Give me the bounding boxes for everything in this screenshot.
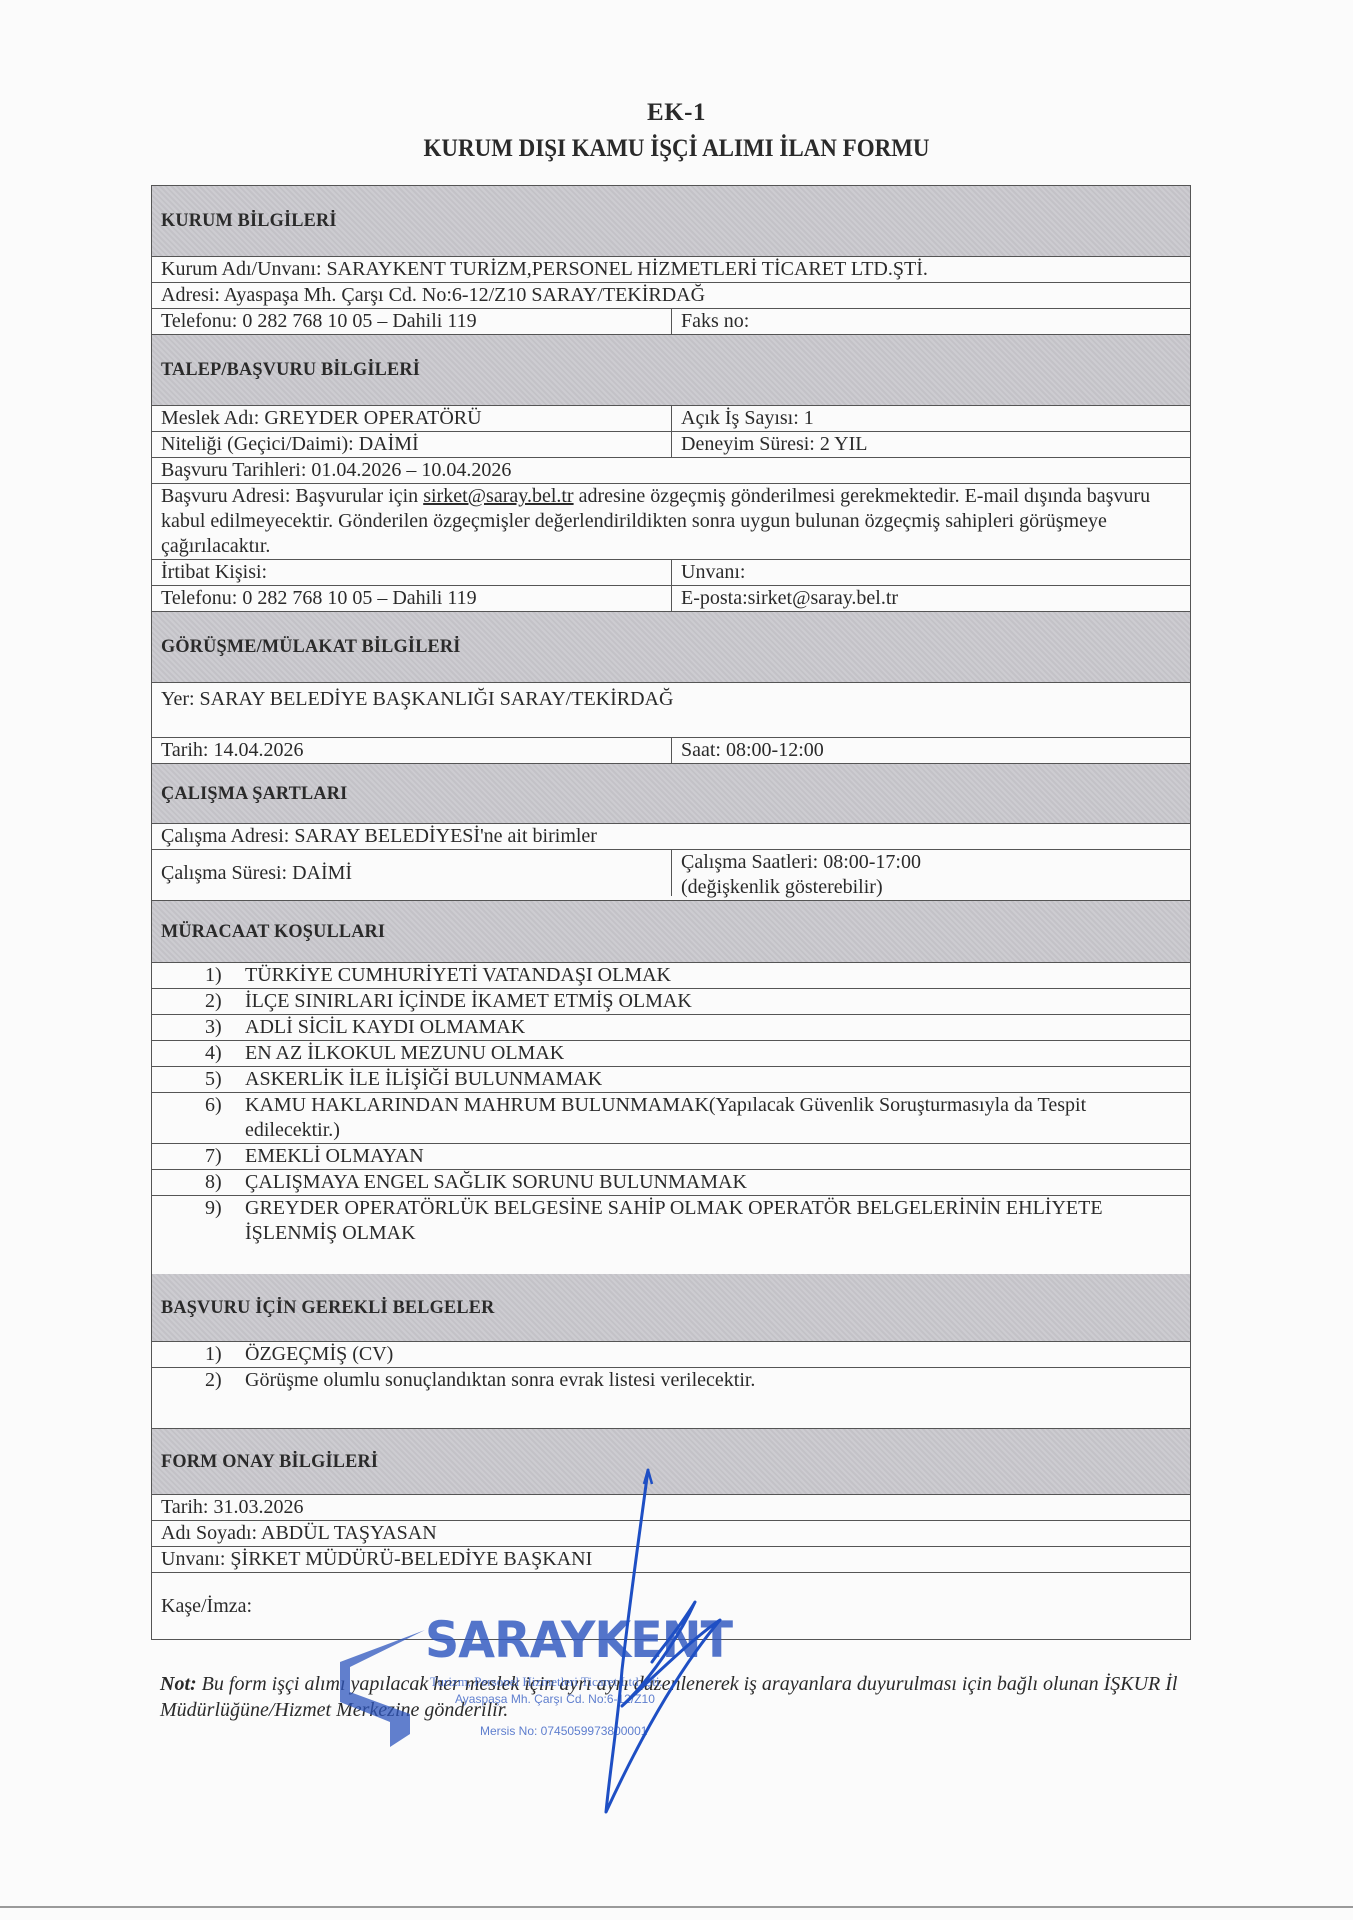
list-item-number: 2) xyxy=(205,989,245,1014)
row-approval-title: Unvanı: ŞİRKET MÜDÜRÜ-BELEDİYE BAŞKANI xyxy=(152,1547,1190,1573)
row-application-dates: Başvuru Tarihleri: 01.04.2026 – 10.04.20… xyxy=(152,458,1190,484)
work-hours-line1: Çalışma Saatleri: 08:00-17:00 xyxy=(681,850,1180,875)
section-title: TALEP/BAŞVURU BİLGİLERİ xyxy=(161,359,420,381)
list-item: 5)ASKERLİK İLE İLİŞİĞİ BULUNMAMAK xyxy=(152,1067,1190,1093)
section-title: ÇALIŞMA ŞARTLARI xyxy=(161,783,347,805)
row-contact-phone: Telefonu: 0 282 768 10 05 – Dahili 119 E… xyxy=(152,586,1190,612)
list-item: 1)TÜRKİYE CUMHURİYETİ VATANDAŞI OLMAK xyxy=(152,963,1190,989)
list-item: 2)Görüşme olumlu sonuçlandıktan sonra ev… xyxy=(152,1368,1190,1393)
section-muracaat-header: MÜRACAAT KOŞULLARI xyxy=(152,901,1190,963)
section-kurum-header: KURUM BİLGİLERİ xyxy=(152,186,1190,257)
list-item-text: ÇALIŞMAYA ENGEL SAĞLIK SORUNU BULUNMAMAK xyxy=(245,1170,1125,1195)
list-item: 2)İLÇE SINIRLARI İÇİNDE İKAMET ETMİŞ OLM… xyxy=(152,989,1190,1015)
documents-list: 1)ÖZGEÇMİŞ (CV)2)Görüşme olumlu sonuçlan… xyxy=(152,1342,1190,1393)
institution-address: Adresi: Ayaspaşa Mh. Çarşı Cd. No:6-12/Z… xyxy=(152,283,1190,308)
list-item-text: ASKERLİK İLE İLİŞİĞİ BULUNMAMAK xyxy=(245,1067,1125,1092)
section-title: MÜRACAAT KOŞULLARI xyxy=(161,921,385,943)
occupation-name: Meslek Adı: GREYDER OPERATÖRÜ xyxy=(152,406,672,431)
experience-duration: Deneyim Süresi: 2 YIL xyxy=(672,432,1190,457)
list-item-text: Görüşme olumlu sonuçlandıktan sonra evra… xyxy=(245,1368,1125,1393)
list-item-cell: 3)ADLİ SİCİL KAYDI OLMAMAK xyxy=(152,1015,1190,1040)
list-item-cell: 1)ÖZGEÇMİŞ (CV) xyxy=(152,1342,1190,1367)
row-interview-place: Yer: SARAY BELEDİYE BAŞKANLIĞI SARAY/TEK… xyxy=(152,683,1190,738)
list-item-cell: 4)EN AZ İLKOKUL MEZUNU OLMAK xyxy=(152,1041,1190,1066)
list-item-number: 5) xyxy=(205,1067,245,1092)
list-item-text: İLÇE SINIRLARI İÇİNDE İKAMET ETMİŞ OLMAK xyxy=(245,989,1125,1014)
section-title: BAŞVURU İÇİN GEREKLİ BELGELER xyxy=(161,1297,494,1319)
list-item: 9)GREYDER OPERATÖRLÜK BELGESİNE SAHİP OL… xyxy=(152,1196,1190,1274)
list-item-cell: 6)KAMU HAKLARINDAN MAHRUM BULUNMAMAK(Yap… xyxy=(152,1093,1190,1143)
row-work-duration: Çalışma Süresi: DAİMİ Çalışma Saatleri: … xyxy=(152,850,1190,901)
list-item-number: 8) xyxy=(205,1170,245,1195)
section-title: FORM ONAY BİLGİLERİ xyxy=(161,1451,378,1473)
conditions-list: 1)TÜRKİYE CUMHURİYETİ VATANDAŞI OLMAK2)İ… xyxy=(152,963,1190,1274)
interview-date: Tarih: 14.04.2026 xyxy=(152,738,672,763)
section-belgeler-header: BAŞVURU İÇİN GEREKLİ BELGELER xyxy=(152,1274,1190,1342)
list-item-cell: 9)GREYDER OPERATÖRLÜK BELGESİNE SAHİP OL… xyxy=(152,1196,1190,1274)
list-item: 3)ADLİ SİCİL KAYDI OLMAMAK xyxy=(152,1015,1190,1041)
stamp-signature-label: Kaşe/İmza: xyxy=(152,1573,1190,1639)
contact-title: Unvanı: xyxy=(672,560,1190,585)
row-occupation: Meslek Adı: GREYDER OPERATÖRÜ Açık İş Sa… xyxy=(152,406,1190,432)
list-item-text: EN AZ İLKOKUL MEZUNU OLMAK xyxy=(245,1041,1125,1066)
application-address: Başvuru Adresi: Başvurular için sirket@s… xyxy=(152,484,1190,559)
list-item: 7)EMEKLİ OLMAYAN xyxy=(152,1144,1190,1170)
row-empty xyxy=(152,1393,1190,1429)
list-item-number: 3) xyxy=(205,1015,245,1040)
institution-fax: Faks no: xyxy=(672,309,1190,334)
contact-email[interactable]: E-posta:sirket@saray.bel.tr xyxy=(672,586,1190,611)
list-item-cell: 1)TÜRKİYE CUMHURİYETİ VATANDAŞI OLMAK xyxy=(152,963,1190,988)
row-contact: İrtibat Kişisi: Unvanı: xyxy=(152,560,1190,586)
stamp-line3: Mersis No: 0745059973800001 xyxy=(480,1724,647,1738)
list-item-number: 1) xyxy=(205,1342,245,1367)
institution-name: Kurum Adı/Unvanı: SARAYKENT TURİZM,PERSO… xyxy=(152,257,1190,282)
contact-phone: Telefonu: 0 282 768 10 05 – Dahili 119 xyxy=(152,586,672,611)
application-email-link[interactable]: sirket@saray.bel.tr xyxy=(423,485,573,507)
list-item: 4)EN AZ İLKOKUL MEZUNU OLMAK xyxy=(152,1041,1190,1067)
work-hours: Çalışma Saatleri: 08:00-17:00 (değişkenl… xyxy=(672,850,1190,900)
section-title: KURUM BİLGİLERİ xyxy=(161,210,337,232)
row-approval-date: Tarih: 31.03.2026 xyxy=(152,1495,1190,1521)
section-onay-header: FORM ONAY BİLGİLERİ xyxy=(152,1429,1190,1495)
announcement-form-table: KURUM BİLGİLERİ Kurum Adı/Unvanı: SARAYK… xyxy=(151,185,1191,1640)
list-item-text: EMEKLİ OLMAYAN xyxy=(245,1144,1125,1169)
work-address: Çalışma Adresi: SARAY BELEDİYESİ'ne ait … xyxy=(152,824,1190,849)
note-label: Not: xyxy=(160,1673,197,1695)
list-item-text: GREYDER OPERATÖRLÜK BELGESİNE SAHİP OLMA… xyxy=(245,1196,1125,1246)
row-kurum-address: Adresi: Ayaspaşa Mh. Çarşı Cd. No:6-12/Z… xyxy=(152,283,1190,309)
page-bottom-rule xyxy=(0,1906,1353,1908)
list-item-cell: 5)ASKERLİK İLE İLİŞİĞİ BULUNMAMAK xyxy=(152,1067,1190,1092)
list-item: 8)ÇALIŞMAYA ENGEL SAĞLIK SORUNU BULUNMAM… xyxy=(152,1170,1190,1196)
row-interview-date: Tarih: 14.04.2026 Saat: 08:00-12:00 xyxy=(152,738,1190,764)
list-item-number: 2) xyxy=(205,1368,245,1393)
list-item-cell: 7)EMEKLİ OLMAYAN xyxy=(152,1144,1190,1169)
list-item: 1)ÖZGEÇMİŞ (CV) xyxy=(152,1342,1190,1368)
work-hours-line2: (değişkenlik gösterebilir) xyxy=(681,875,1180,900)
row-stamp: Kaşe/İmza: xyxy=(152,1573,1190,1639)
approver-title: Unvanı: ŞİRKET MÜDÜRÜ-BELEDİYE BAŞKANI xyxy=(152,1547,1190,1572)
institution-phone: Telefonu: 0 282 768 10 05 – Dahili 119 xyxy=(152,309,672,334)
approval-date: Tarih: 31.03.2026 xyxy=(152,1495,1190,1520)
footnote: Not: Bu form işçi alımı yapılacak her me… xyxy=(160,1671,1200,1723)
list-item-text: ADLİ SİCİL KAYDI OLMAMAK xyxy=(245,1015,1125,1040)
contact-person: İrtibat Kişisi: xyxy=(152,560,672,585)
open-positions: Açık İş Sayısı: 1 xyxy=(672,406,1190,431)
list-item-cell: 8)ÇALIŞMAYA ENGEL SAĞLIK SORUNU BULUNMAM… xyxy=(152,1170,1190,1195)
list-item-text: ÖZGEÇMİŞ (CV) xyxy=(245,1342,1125,1367)
application-dates: Başvuru Tarihleri: 01.04.2026 – 10.04.20… xyxy=(152,458,1190,483)
list-item-number: 4) xyxy=(205,1041,245,1066)
list-item-number: 1) xyxy=(205,963,245,988)
row-work-address: Çalışma Adresi: SARAY BELEDİYESİ'ne ait … xyxy=(152,824,1190,850)
row-nature: Niteliği (Geçici/Daimi): DAİMİ Deneyim S… xyxy=(152,432,1190,458)
job-nature: Niteliği (Geçici/Daimi): DAİMİ xyxy=(152,432,672,457)
section-talep-header: TALEP/BAŞVURU BİLGİLERİ xyxy=(152,335,1190,406)
work-duration: Çalışma Süresi: DAİMİ xyxy=(152,850,672,896)
section-gorusme-header: GÖRÜŞME/MÜLAKAT BİLGİLERİ xyxy=(152,612,1190,683)
row-application-address: Başvuru Adresi: Başvurular için sirket@s… xyxy=(152,484,1190,560)
list-item-number: 6) xyxy=(205,1093,245,1118)
document-header: EK-1 KURUM DIŞI KAMU İŞÇİ ALIMI İLAN FOR… xyxy=(0,96,1353,166)
list-item-cell: 2)İLÇE SINIRLARI İÇİNDE İKAMET ETMİŞ OLM… xyxy=(152,989,1190,1014)
note-text: Bu form işçi alımı yapılacak her meslek … xyxy=(160,1673,1177,1721)
form-title: KURUM DIŞI KAMU İŞÇİ ALIMI İLAN FORMU xyxy=(54,132,1299,166)
approver-name: Adı Soyadı: ABDÜL TAŞYASAN xyxy=(152,1521,1190,1546)
list-item-cell: 2)Görüşme olumlu sonuçlandıktan sonra ev… xyxy=(152,1368,1190,1393)
section-title: GÖRÜŞME/MÜLAKAT BİLGİLERİ xyxy=(161,636,461,658)
row-kurum-phone: Telefonu: 0 282 768 10 05 – Dahili 119 F… xyxy=(152,309,1190,335)
list-item-number: 7) xyxy=(205,1144,245,1169)
interview-time: Saat: 08:00-12:00 xyxy=(672,738,1190,763)
annex-label: EK-1 xyxy=(0,96,1353,130)
application-address-prefix: Başvuru Adresi: Başvurular için xyxy=(161,485,423,507)
empty-cell xyxy=(152,1393,1190,1428)
list-item-number: 9) xyxy=(205,1196,245,1221)
list-item-text: TÜRKİYE CUMHURİYETİ VATANDAŞI OLMAK xyxy=(245,963,1125,988)
section-calisma-header: ÇALIŞMA ŞARTLARI xyxy=(152,764,1190,824)
row-kurum-name: Kurum Adı/Unvanı: SARAYKENT TURİZM,PERSO… xyxy=(152,257,1190,283)
interview-place: Yer: SARAY BELEDİYE BAŞKANLIĞI SARAY/TEK… xyxy=(152,683,1190,737)
list-item-text: KAMU HAKLARINDAN MAHRUM BULUNMAMAK(Yapıl… xyxy=(245,1093,1125,1143)
list-item: 6)KAMU HAKLARINDAN MAHRUM BULUNMAMAK(Yap… xyxy=(152,1093,1190,1144)
row-approval-name: Adı Soyadı: ABDÜL TAŞYASAN xyxy=(152,1521,1190,1547)
